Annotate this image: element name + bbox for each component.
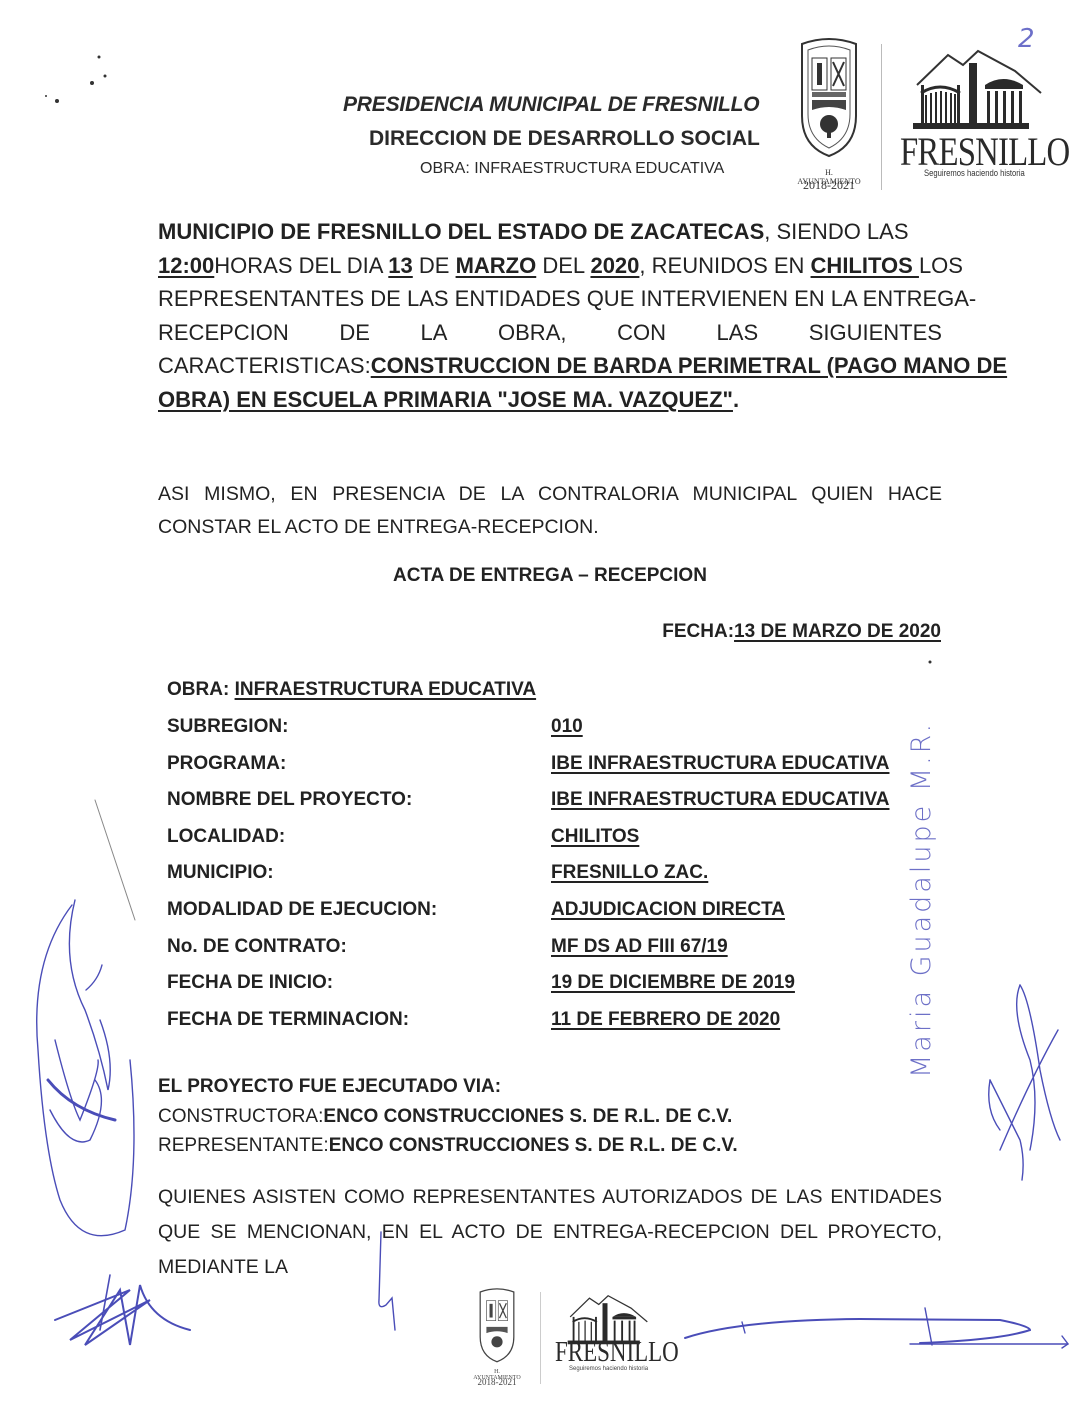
detail-label: SUBREGION: [167, 716, 288, 738]
detail-value: 010 [551, 716, 583, 738]
constructora-label: CONSTRUCTORA: [158, 1106, 323, 1127]
intro-paragraph: MUNICIPIO DE FRESNILLO DEL ESTADO DE ZAC… [158, 215, 942, 416]
intro-siendo-las: , SIENDO LAS [764, 219, 908, 244]
detail-value: MF DS AD FIII 67/19 [551, 936, 728, 958]
obra-value: INFRAESTRUCTURA EDUCATIVA [235, 679, 537, 700]
obra-label: OBRA: [167, 679, 235, 700]
fresnillo-tagline: Seguiremos haciendo historia [924, 168, 1025, 178]
intro-line4-word: CON [617, 316, 666, 350]
header-presidencia: PRESIDENCIA MUNICIPAL DE FRESNILLO [343, 93, 759, 117]
intro-line4-word: RECEPCION [158, 316, 289, 350]
intro-line4-word: DE [339, 316, 370, 350]
fresnillo-monument-logo [903, 45, 1043, 135]
intro-text: , REUNIDOS EN [639, 253, 810, 278]
header-obra: OBRA: INFRAESTRUCTURA EDUCATIVA [420, 160, 724, 178]
signature-left [37, 905, 134, 1236]
handwritten-name: Maria Guadalupe M.R. [906, 721, 937, 1078]
intro-localidad: CHILITOS [811, 253, 919, 278]
footer-crest-logo [476, 1287, 518, 1363]
municipal-crest-logo [796, 36, 862, 158]
intro-line4-word: LA [421, 316, 448, 350]
intro-hora: 12:00 [158, 253, 214, 278]
intro-line-1: MUNICIPIO DE FRESNILLO DEL ESTADO DE ZAC… [158, 215, 942, 249]
intro-dia: 13 [388, 253, 412, 278]
contraloria-paragraph: ASI MISMO, EN PRESENCIA DE LA CONTRALORI… [158, 478, 942, 544]
intro-mes: MARZO [456, 253, 537, 278]
executed-via-block: EL PROYECTO FUE EJECUTADO VIA: CONSTRUCT… [158, 1072, 738, 1161]
intro-line-4: RECEPCIONDELAOBRA,CONLASSIGUIENTES [158, 316, 942, 350]
detail-label: NOMBRE DEL PROYECTO: [167, 789, 412, 811]
detail-label: No. DE CONTRATO: [167, 936, 347, 958]
detail-label: MUNICIPIO: [167, 862, 274, 884]
caracteristicas-value-cont: OBRA) EN ESCUELA PRIMARIA "JOSE MA. VAZQ… [158, 387, 733, 412]
intro-line-6: OBRA) EN ESCUELA PRIMARIA "JOSE MA. VAZQ… [158, 383, 942, 417]
detail-label: FECHA DE INICIO: [167, 972, 333, 994]
fecha-label: FECHA: [662, 621, 734, 642]
representante-label: REPRESENTANTE: [158, 1135, 329, 1156]
intro-anio: 2020 [590, 253, 639, 278]
crest-label-years: 2018-2021 [796, 178, 862, 193]
caracteristicas-label: CARACTERISTICAS: [158, 353, 371, 378]
intro-line4-word: OBRA, [498, 316, 566, 350]
caracteristicas-value: CONSTRUCCION DE BARDA PERIMETRAL (PAGO M… [371, 353, 1007, 378]
acta-title: ACTA DE ENTREGA – RECEPCION [0, 565, 1086, 587]
footer-crest-years: 2018-2021 [470, 1377, 524, 1387]
detail-value: FRESNILLO ZAC. [551, 862, 708, 884]
constructora-value: ENCO CONSTRUCCIONES S. DE R.L. DE C.V. [323, 1106, 732, 1127]
header-direccion: DIRECCION DE DESARROLLO SOCIAL [369, 127, 760, 151]
intro-line-3: REPRESENTANTES DE LAS ENTIDADES QUE INTE… [158, 282, 942, 316]
representante-line: REPRESENTANTE:ENCO CONSTRUCCIONES S. DE … [158, 1131, 738, 1161]
detail-value: ADJUDICACION DIRECTA [551, 899, 785, 921]
intro-text: HORAS DEL DIA [214, 253, 388, 278]
representante-value: ENCO CONSTRUCCIONES S. DE R.L. DE C.V. [329, 1135, 738, 1156]
intro-line-2: 12:00HORAS DEL DIA 13 DE MARZO DEL 2020,… [158, 249, 942, 283]
intro-text: DEL [536, 253, 590, 278]
detail-value: IBE INFRAESTRUCTURA EDUCATIVA [551, 753, 889, 775]
footer-fresnillo-wordmark: FRESNILLO [555, 1337, 679, 1369]
logo-divider [881, 44, 882, 190]
detail-label: MODALIDAD DE EJECUCION: [167, 899, 437, 921]
detail-value: 11 DE FEBRERO DE 2020 [551, 1009, 780, 1031]
fecha-value: 13 DE MARZO DE 2020 [734, 621, 941, 642]
detail-label: FECHA DE TERMINACION: [167, 1009, 409, 1031]
footer-logo-divider [540, 1292, 541, 1384]
executed-via-heading: EL PROYECTO FUE EJECUTADO VIA: [158, 1072, 738, 1102]
detail-value: CHILITOS [551, 826, 639, 848]
obra-line: OBRA: INFRAESTRUCTURA EDUCATIVA [167, 679, 536, 701]
detail-value: IBE INFRAESTRUCTURA EDUCATIVA [551, 789, 889, 811]
fecha-line: FECHA:13 DE MARZO DE 2020 [662, 621, 941, 643]
detail-label: PROGRAMA: [167, 753, 286, 775]
intro-line4-word: SIGUIENTES [809, 316, 942, 350]
intro-line4-word: LAS [717, 316, 759, 350]
footer-fresnillo-tagline: Seguiremos haciendo historia [569, 1366, 648, 1372]
intro-municipio: MUNICIPIO DE FRESNILLO DEL ESTADO DE ZAC… [158, 219, 764, 244]
intro-text: DE [413, 253, 456, 278]
detail-label: LOCALIDAD: [167, 826, 285, 848]
closing-paragraph: QUIENES ASISTEN COMO REPRESENTANTES AUTO… [158, 1180, 942, 1285]
detail-value: 19 DE DICIEMBRE DE 2019 [551, 972, 795, 994]
constructora-line: CONSTRUCTORA:ENCO CONSTRUCCIONES S. DE R… [158, 1102, 738, 1132]
intro-text: LOS [919, 253, 963, 278]
intro-line-5: CARACTERISTICAS:CONSTRUCCION DE BARDA PE… [158, 349, 942, 383]
